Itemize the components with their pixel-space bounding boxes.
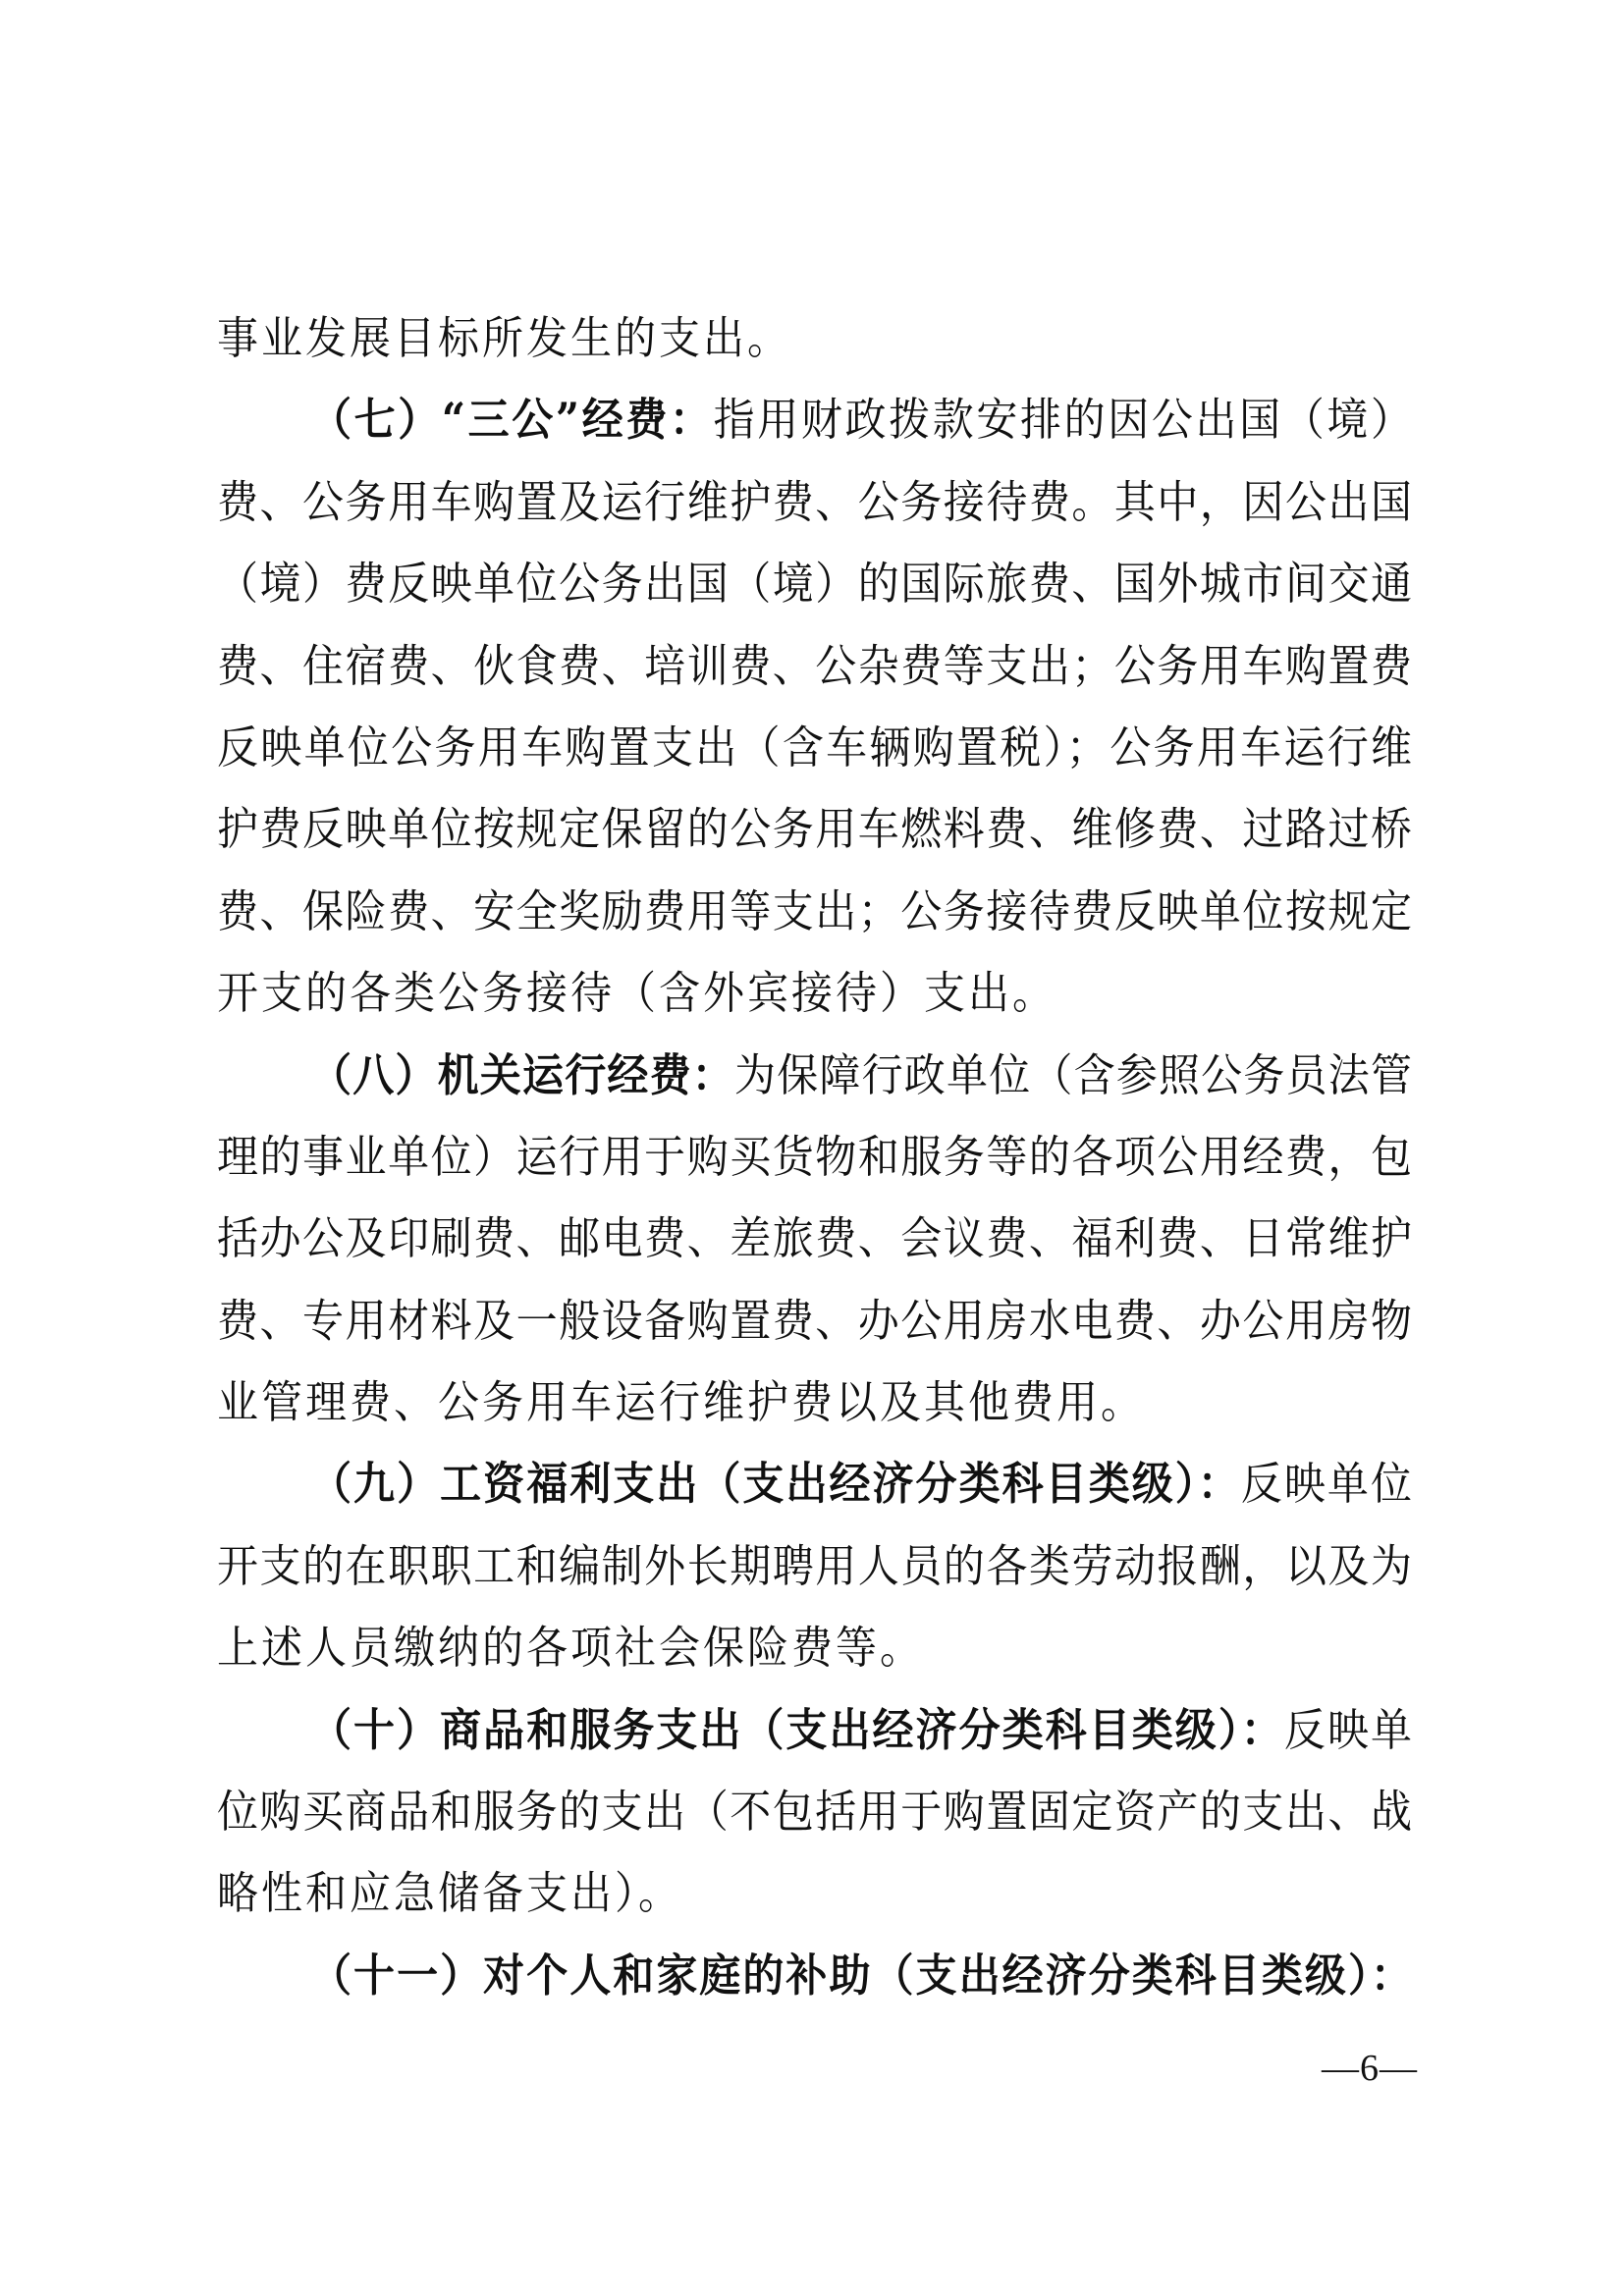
line-text: 指用财政拨款安排的因公出国（境） [714,394,1412,446]
paragraph-line: 费、专用材料及一般设备购置费、办公用房水电费、办公用房物 [217,1276,1412,1364]
paragraph-line: 括办公及印刷费、邮电费、差旅费、会议费、福利费、日常维护 [217,1195,1412,1283]
section-heading-eight: （八）机关运行经费： [310,1049,734,1101]
section-heading-eleven: （十一）对个人和家庭的补助（支出经济分类科目类级）： [310,1949,1412,2002]
paragraph-line: 护费反映单位按规定保留的公务用车燃料费、维修费、过路过桥 [217,785,1412,874]
document-page: 事业发展目标所发生的支出。 （七）“三公”经费：指用财政拨款安排的因公出国（境）… [0,0,1624,2296]
paragraph-line: 理的事业单位）运行用于购买货物和服务等的各项公用经费，包 [217,1113,1412,1201]
line-text: （境）费反映单位公务出国（境）的国际旅费、国外城市间交通 [217,558,1412,610]
paragraph-line: 位购买商品和服务的支出（不包括用于购置固定资产的支出、战 [217,1768,1412,1856]
page-number: —6— [1296,2044,1418,2093]
section-heading-line: （八）机关运行经费：为保障行政单位（含参照公务员法管 [217,1031,1412,1119]
line-text: 略性和应急储备支出）。 [217,1867,682,1919]
section-heading-seven: （七）“三公”经费： [310,394,714,446]
line-text: 事业发展目标所发生的支出。 [217,312,791,364]
section-heading-line: （十）商品和服务支出（支出经济分类科目类级）：反映单 [217,1685,1412,1774]
line-text: 反映单位 [1241,1458,1412,1510]
line-text: 反映单位公务用车购置支出（含车辆购置税）；公务用车运行维 [217,721,1412,774]
line-text: 费、公务用车购置及运行维护费、公务接待费。其中，因公出国 [217,476,1412,528]
paragraph-line: 开支的各类公务接待（含外宾接待）支出。 [217,949,1412,1038]
section-heading-ten: （十）商品和服务支出（支出经济分类科目类级）： [310,1704,1284,1756]
line-text: 理的事业单位）运行用于购买货物和服务等的各项公用经费，包 [217,1131,1412,1183]
line-text: 位购买商品和服务的支出（不包括用于购置固定资产的支出、战 [217,1786,1412,1838]
paragraph-line: 费、住宿费、伙食费、培训费、公杂费等支出；公务用车购置费 [217,621,1412,710]
line-text: 费、专用材料及一般设备购置费、办公用房水电费、办公用房物 [217,1295,1412,1347]
section-heading-line: （九）工资福利支出（支出经济分类科目类级）：反映单位 [217,1440,1412,1528]
paragraph-line: 事业发展目标所发生的支出。 [217,294,1412,383]
paragraph-line: 略性和应急储备支出）。 [217,1849,1412,1938]
line-text: 开支的在职职工和编制外长期聘用人员的各类劳动报酬，以及为 [217,1540,1412,1592]
paragraph-line: 费、保险费、安全奖励费用等支出；公务接待费反映单位按规定 [217,867,1412,955]
paragraph-line: 上述人员缴纳的各项社会保险费等。 [217,1604,1412,1692]
line-text: 上述人员缴纳的各项社会保险费等。 [217,1622,924,1674]
line-text: 业管理费、公务用车运行维护费以及其他费用。 [217,1376,1145,1428]
line-text: 费、保险费、安全奖励费用等支出；公务接待费反映单位按规定 [217,885,1412,937]
paragraph-line: 反映单位公务用车购置支出（含车辆购置税）；公务用车运行维 [217,704,1412,792]
line-text: 反映单 [1284,1704,1412,1756]
body-text: 事业发展目标所发生的支出。 （七）“三公”经费：指用财政拨款安排的因公出国（境）… [217,297,1412,2016]
section-heading-line: （十一）对个人和家庭的补助（支出经济分类科目类级）： [217,1931,1412,2019]
paragraph-line: 业管理费、公务用车运行维护费以及其他费用。 [217,1359,1412,1447]
section-heading-nine: （九）工资福利支出（支出经济分类科目类级）： [310,1458,1241,1510]
paragraph-line: （境）费反映单位公务出国（境）的国际旅费、国外城市间交通 [217,540,1412,628]
line-text: 开支的各类公务接待（含外宾接待）支出。 [217,967,1056,1019]
paragraph-line: 开支的在职职工和编制外长期聘用人员的各类劳动报酬，以及为 [217,1522,1412,1611]
section-heading-line: （七）“三公”经费：指用财政拨款安排的因公出国（境） [217,376,1412,464]
line-text: 为保障行政单位（含参照公务员法管 [734,1049,1412,1101]
paragraph-line: 费、公务用车购置及运行维护费、公务接待费。其中，因公出国 [217,457,1412,546]
line-text: 括办公及印刷费、邮电费、差旅费、会议费、福利费、日常维护 [217,1212,1412,1264]
line-text: 费、住宿费、伙食费、培训费、公杂费等支出；公务用车购置费 [217,640,1412,692]
line-text: 护费反映单位按规定保留的公务用车燃料费、维修费、过路过桥 [217,803,1412,855]
